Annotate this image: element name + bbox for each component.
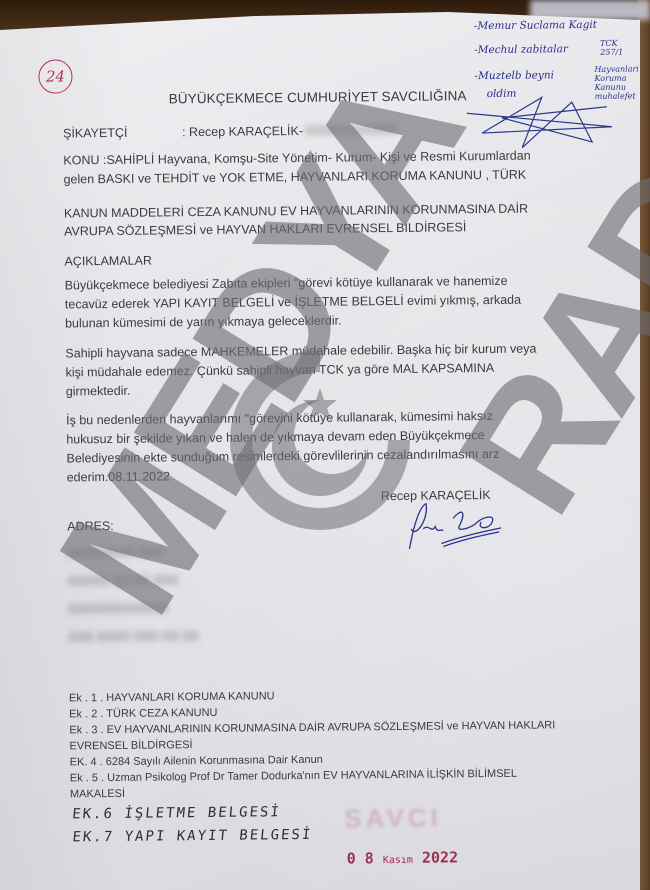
- document-content: 24 -Memur Suclama Kagit -Mechul zabitala…: [0, 8, 645, 890]
- address-redacted-line: XXXXXXXXXXXX: [68, 601, 168, 616]
- annex-item: MAKALESİ: [70, 786, 125, 803]
- address-redacted-line: XXX XXXX XXX XX XX: [68, 629, 199, 644]
- paragraph-line: ederim.08.11.2022: [67, 467, 171, 487]
- complainant-value: : Recep KARAÇELİK-: [182, 124, 303, 139]
- paragraph-line: kişi müdahale edemez. Çünkü sahipli hayv…: [65, 359, 494, 382]
- annex-item: Ek . 2 . TÜRK CEZA KANUNU: [69, 705, 217, 723]
- page-marker: 24: [38, 59, 72, 93]
- annex-item: Ek . 1 . HAYVANLARI KORUMA KANUNU: [69, 688, 275, 706]
- explanations-heading: AÇIKLAMALAR: [64, 254, 152, 269]
- handwritten-annex: EK.6 İŞLETME BELGESİ: [71, 804, 281, 822]
- signature-icon: [401, 498, 512, 554]
- complainant-label: ŞİKAYETÇİ: [63, 126, 128, 141]
- handwritten-note-line: -Memur Suclama Kagit: [474, 19, 597, 32]
- complainant-redacted: XXXXXXXXXXX: [305, 123, 397, 138]
- subject-line: gelen BASKI ve TEHDİT ve YOK ETME, HAYVA…: [63, 166, 526, 190]
- document-page: 24 -Memur Suclama Kagit -Mechul zabitala…: [0, 12, 640, 890]
- handwritten-note-line: -Muztelb beyni: [474, 69, 554, 82]
- faded-stamp: SAVCI: [344, 803, 442, 835]
- paragraph-line: bulunan kümesimi de yarın yıkmaya gelece…: [65, 312, 342, 334]
- address-redacted-line: XXXXXXXX XXX: [67, 545, 162, 560]
- paragraph-line: tecavüz ederek YAPI KAYIT BELGELİ ve İŞL…: [65, 291, 521, 315]
- annex-item: Ek . 5 . Uzman Psikolog Prof Dr Tamer Do…: [70, 766, 517, 787]
- paragraph-line: Belediyesinin ekte sunduğum resimlerdeki…: [66, 445, 499, 469]
- document-title: BÜYÜKÇEKMECE CUMHURİYET SAVCILIĞINA: [169, 88, 467, 106]
- annex-item: EVRENSEL BİLDİRGESİ: [69, 737, 192, 754]
- address-redacted-line: XXXXX XX XX XXX: [68, 573, 179, 588]
- paragraph-line: girmektedir.: [66, 382, 131, 402]
- address-label: ADRES:: [67, 519, 114, 533]
- stamp-date: 0 8 Kasım 2022: [347, 848, 459, 867]
- handwritten-side-note: TCK 257/1: [600, 39, 630, 57]
- handwritten-note-line: -Mechul zabitalar: [474, 43, 568, 56]
- subject-line: AVRUPA SÖZLEŞMESİ ve HAYVAN HAKLARI EVRE…: [64, 218, 466, 241]
- handwritten-annex: EK.7 YAPI KAYIT BELGESİ: [72, 827, 313, 846]
